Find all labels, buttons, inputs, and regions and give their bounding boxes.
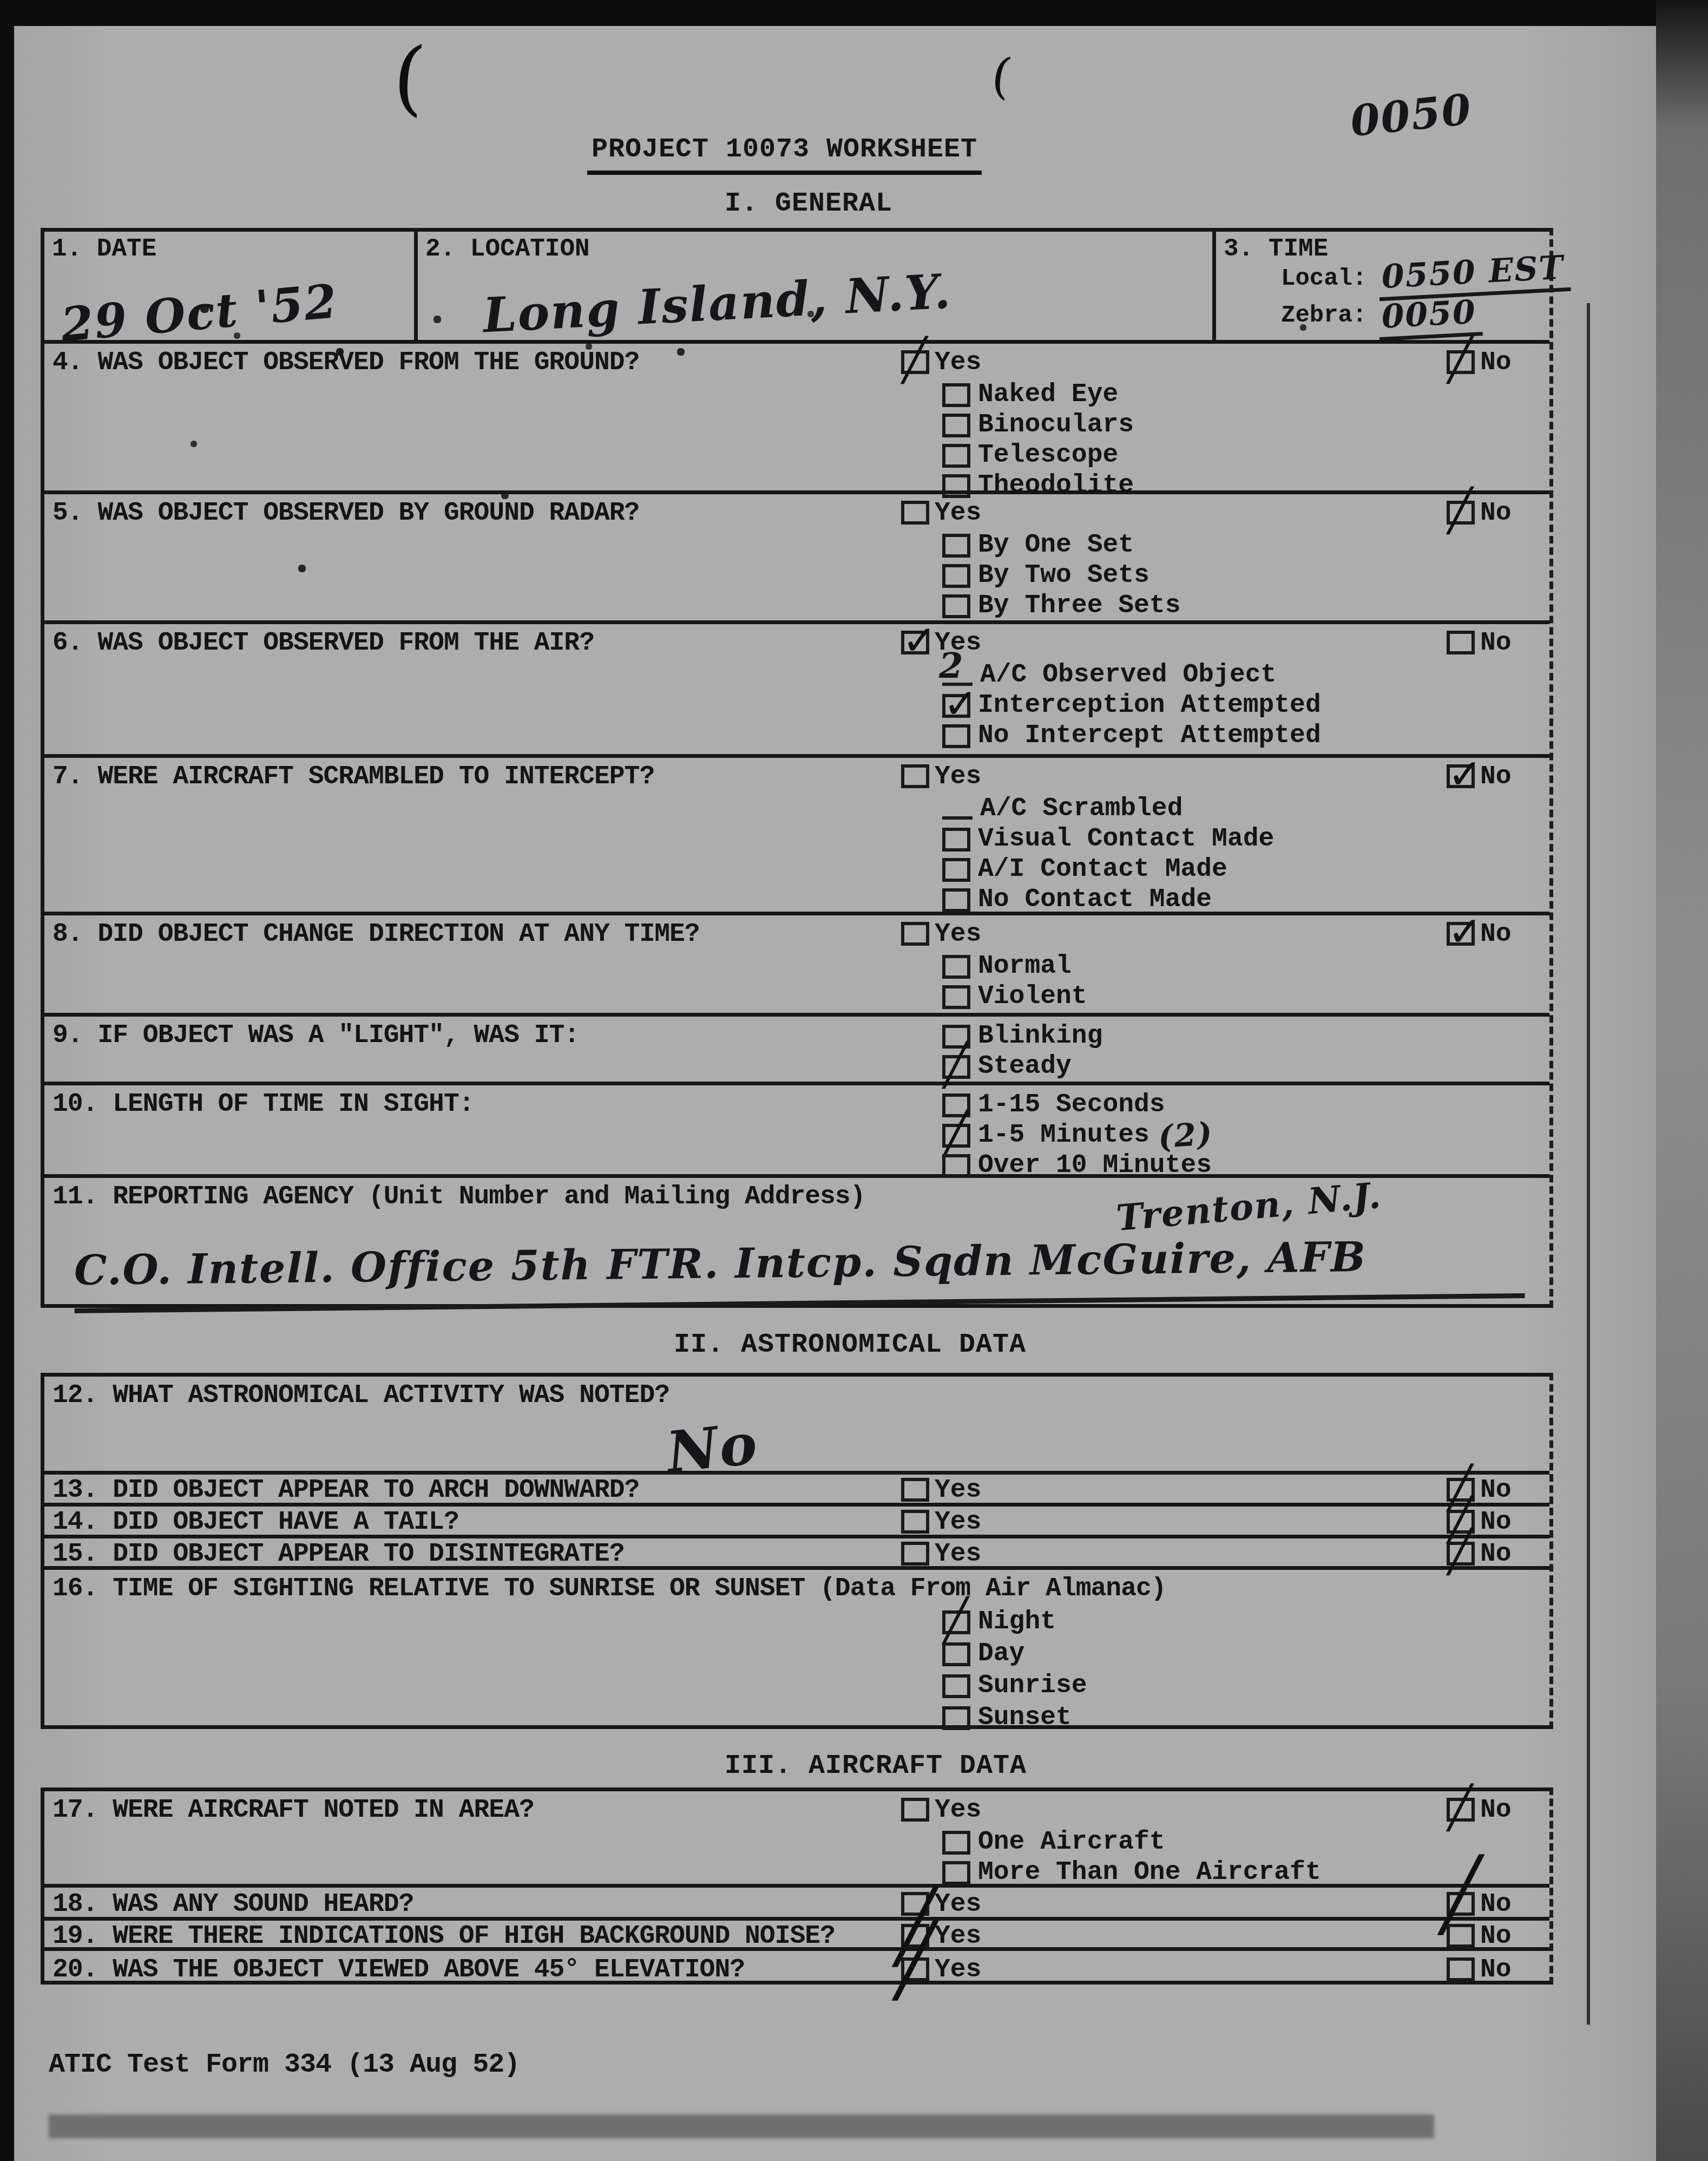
- option-checkbox[interactable]: [942, 444, 970, 468]
- check-mark: ╱: [943, 1113, 968, 1154]
- option-checkbox[interactable]: [942, 1674, 970, 1698]
- question-20-label: 20. WAS THE OBJECT VIEWED ABOVE 45° ELEV…: [52, 1955, 745, 1985]
- q19-no-group: No: [1447, 1923, 1512, 1950]
- option-telescope: Telescope: [942, 440, 1134, 470]
- q5-no-group: ╱ No: [1447, 500, 1512, 527]
- no-label: No: [1480, 349, 1512, 376]
- option-label: A/C Scrambled: [980, 794, 1183, 823]
- scan-shadow-band: [49, 2114, 1434, 2138]
- option-checkbox[interactable]: [942, 564, 970, 588]
- option-label: More Than One Aircraft: [978, 1858, 1321, 1887]
- question-11-row: 11. REPORTING AGENCY (Unit Number and Ma…: [44, 1178, 1549, 1309]
- option-label: Day: [978, 1639, 1024, 1668]
- page-fold-line: [1587, 303, 1590, 2025]
- option-label: A/I Contact Made: [978, 855, 1227, 884]
- question-7-label: 7. WERE AIRCRAFT SCRAMBLED TO INTERCEPT?: [52, 762, 654, 791]
- q5-options: By One Set By Two Sets By Three Sets: [942, 530, 1180, 621]
- section-general-table: 1. DATE 29 Oct '52 2. LOCATION Long Isla…: [41, 228, 1553, 1308]
- question-17-label: 17. WERE AIRCRAFT NOTED IN AREA?: [52, 1796, 534, 1825]
- option-label: Telescope: [978, 441, 1118, 470]
- question-17-row: 17. WERE AIRCRAFT NOTED IN AREA? Yes ╱ N…: [44, 1791, 1549, 1888]
- form-number-footnote: ATIC Test Form 334 (13 Aug 52): [49, 2049, 520, 2080]
- q9-options: Blinking ╱Steady: [942, 1021, 1102, 1082]
- handwritten-minutes-count: (2): [1157, 1115, 1214, 1156]
- q8-no-group: ✓ No: [1447, 921, 1512, 948]
- option-checkbox[interactable]: [942, 383, 970, 407]
- option-label: Naked Eye: [978, 380, 1118, 409]
- option-more-than-one-aircraft: More Than One Aircraft: [942, 1857, 1321, 1888]
- option-checkbox[interactable]: [942, 1831, 970, 1855]
- option-label: By Two Sets: [978, 561, 1149, 590]
- option-label: Sunrise: [978, 1671, 1087, 1700]
- question-18-row: 18. WAS ANY SOUND HEARD? Yes ╱ No: [44, 1888, 1549, 1921]
- option-label: A/C Observed Object: [980, 660, 1276, 690]
- q4-options: Naked Eye Binoculars Telescope Theodolit…: [942, 379, 1134, 501]
- q8-no-checkbox[interactable]: ✓: [1447, 922, 1475, 946]
- q16-options: ╱Night Day Sunrise Sunset: [942, 1606, 1087, 1733]
- yes-label: Yes: [935, 1923, 981, 1950]
- check-mark: ✓: [1448, 911, 1482, 952]
- question-5-row: 5. WAS OBJECT OBSERVED BY GROUND RADAR? …: [44, 494, 1549, 624]
- option-night: ╱Night: [942, 1606, 1087, 1638]
- option-steady: ╱Steady: [942, 1051, 1102, 1082]
- q14-yes-group: Yes: [901, 1509, 981, 1536]
- q17-no-checkbox[interactable]: ╱: [1447, 1798, 1475, 1822]
- option-checkbox[interactable]: [942, 888, 970, 912]
- q17-yes-checkbox[interactable]: [901, 1798, 929, 1822]
- q15-no-group: ╱ No: [1447, 1541, 1512, 1568]
- q20-yes-group: ╱ Yes: [901, 1956, 981, 1983]
- q17-no-group: ╱ No: [1447, 1797, 1512, 1824]
- question-5-label: 5. WAS OBJECT OBSERVED BY GROUND RADAR?: [52, 499, 639, 528]
- check-mark: ╱: [943, 1600, 968, 1641]
- question-11-label: 11. REPORTING AGENCY (Unit Number and Ma…: [52, 1182, 865, 1212]
- q14-yes-checkbox[interactable]: [901, 1510, 929, 1534]
- q7-yes-checkbox[interactable]: [901, 764, 929, 788]
- stray-pen-mark: (: [390, 29, 429, 126]
- option-checkbox[interactable]: [942, 534, 970, 558]
- yes-label: Yes: [935, 1509, 981, 1536]
- option-checkbox[interactable]: [942, 1154, 970, 1178]
- option-checkbox[interactable]: [942, 414, 970, 437]
- yes-label: Yes: [935, 1956, 981, 1983]
- no-label: No: [1480, 500, 1512, 527]
- question-9-row: 9. IF OBJECT WAS A "LIGHT", WAS IT: Blin…: [44, 1017, 1549, 1085]
- option-checkbox[interactable]: ╱: [942, 1610, 970, 1634]
- section-aircraft-table: 17. WERE AIRCRAFT NOTED IN AREA? Yes ╱ N…: [41, 1787, 1553, 1985]
- q6-yes-checkbox[interactable]: ✓: [901, 631, 929, 654]
- question-19-row: 19. WERE THERE INDICATIONS OF HIGH BACKG…: [44, 1921, 1549, 1951]
- question-16-label: 16. TIME OF SIGHTING RELATIVE TO SUNRISE…: [52, 1574, 1166, 1603]
- yes-label: Yes: [935, 763, 981, 790]
- no-label: No: [1480, 1477, 1512, 1504]
- option-label: Over 10 Minutes: [978, 1151, 1212, 1180]
- q7-no-checkbox[interactable]: ✓: [1447, 764, 1475, 788]
- question-6-label: 6. WAS OBJECT OBSERVED FROM THE AIR?: [52, 628, 594, 658]
- option-label: One Aircraft: [978, 1828, 1165, 1857]
- option-1-5-minutes: ╱1-5 Minutes(2): [942, 1120, 1213, 1150]
- option-interception-attempted: ✓Interception Attempted: [942, 690, 1321, 721]
- q5-yes-group: Yes: [901, 500, 981, 527]
- option-no-intercept-attempted: No Intercept Attempted: [942, 721, 1321, 751]
- q7-yes-group: Yes: [901, 763, 981, 790]
- no-label: No: [1480, 921, 1512, 948]
- section-heading-general: I. GENERAL: [725, 188, 892, 219]
- section-heading-astronomical: II. ASTRONOMICAL DATA: [674, 1330, 1026, 1360]
- no-label: No: [1480, 1541, 1512, 1568]
- no-label: No: [1480, 763, 1512, 790]
- question-4-label: 4. WAS OBJECT OBSERVED FROM THE GROUND?: [52, 348, 639, 377]
- question-6-row: 6. WAS OBJECT OBSERVED FROM THE AIR? ✓ Y…: [44, 624, 1549, 758]
- q7-no-group: ✓ No: [1447, 763, 1512, 790]
- q20-yes-checkbox[interactable]: ╱: [901, 1957, 929, 1981]
- option-label: Normal: [978, 952, 1072, 981]
- question-19-label: 19. WERE THERE INDICATIONS OF HIGH BACKG…: [52, 1922, 835, 1951]
- question-10-label: 10. LENGTH OF TIME IN SIGHT:: [52, 1090, 474, 1119]
- q4-yes-group: ╱ Yes: [901, 349, 981, 376]
- q6-no-checkbox[interactable]: [1447, 631, 1475, 654]
- option-ai-contact-made: A/I Contact Made: [942, 854, 1274, 885]
- option-checkbox[interactable]: [942, 594, 970, 618]
- option-checkbox[interactable]: [942, 724, 970, 748]
- paper-page: ( ( PROJECT 10073 WORKSHEET 0050 I. GENE…: [14, 26, 1656, 2161]
- film-edge-strip: [1656, 0, 1708, 2161]
- no-label: No: [1480, 1509, 1512, 1536]
- option-naked-eye: Naked Eye: [942, 379, 1134, 410]
- handwritten-doc-number: 0050: [1348, 84, 1474, 146]
- q17-options: One Aircraft More Than One Aircraft: [942, 1827, 1321, 1888]
- option-no-contact-made: No Contact Made: [942, 885, 1274, 915]
- option-checkbox[interactable]: [942, 985, 970, 1009]
- check-mark: ╱: [943, 1044, 968, 1085]
- question-9-label: 9. IF OBJECT WAS A "LIGHT", WAS IT:: [52, 1021, 579, 1050]
- option-label: No Intercept Attempted: [978, 721, 1321, 750]
- question-16-row: 16. TIME OF SIGHTING RELATIVE TO SUNRISE…: [44, 1570, 1549, 1733]
- option-label: Steady: [978, 1052, 1072, 1081]
- option-sunrise: Sunrise: [942, 1669, 1087, 1701]
- info-row: 1. DATE 29 Oct '52 2. LOCATION Long Isla…: [44, 232, 1549, 344]
- option-label: Visual Contact Made: [978, 824, 1274, 854]
- check-mark: ╱: [1448, 1787, 1473, 1828]
- yes-label: Yes: [935, 349, 981, 376]
- question-15-row: 15. DID OBJECT APPEAR TO DISINTEGRATE? Y…: [44, 1538, 1549, 1570]
- q5-no-checkbox[interactable]: ╱: [1447, 501, 1475, 525]
- question-12-row: 12. WHAT ASTRONOMICAL ACTIVITY WAS NOTED…: [44, 1377, 1549, 1475]
- check-mark: ╱: [1448, 339, 1473, 381]
- yes-label: Yes: [935, 500, 981, 527]
- q15-yes-checkbox[interactable]: [901, 1542, 929, 1566]
- question-20-row: 20. WAS THE OBJECT VIEWED ABOVE 45° ELEV…: [44, 1951, 1549, 1988]
- question-10-row: 10. LENGTH OF TIME IN SIGHT: 1-15 Second…: [44, 1085, 1549, 1178]
- yes-label: Yes: [935, 1477, 981, 1504]
- option-checkbox[interactable]: [942, 955, 970, 979]
- date-label: 1. DATE: [52, 235, 156, 263]
- q13-yes-checkbox[interactable]: [901, 1478, 929, 1502]
- option-label: Sunset: [978, 1703, 1072, 1732]
- option-by-three-sets: By Three Sets: [942, 591, 1180, 621]
- option-label: Night: [978, 1607, 1056, 1636]
- option-label: 1-15 Seconds: [978, 1090, 1165, 1119]
- option-ac-observed-object: 2 A/C Observed Object: [942, 660, 1321, 690]
- q8-yes-checkbox[interactable]: [901, 922, 929, 946]
- yes-label: Yes: [935, 1797, 981, 1824]
- option-checkbox[interactable]: ╱: [942, 1055, 970, 1079]
- q13-yes-group: Yes: [901, 1477, 981, 1504]
- yes-label: Yes: [935, 1891, 981, 1918]
- option-label: Binoculars: [978, 410, 1134, 440]
- option-violent: Violent: [942, 981, 1087, 1012]
- q18-no-checkbox[interactable]: ╱: [1447, 1892, 1475, 1916]
- option-label: Interception Attempted: [978, 691, 1321, 720]
- yes-label: Yes: [935, 921, 981, 948]
- handwritten-city[interactable]: Trenton, N.J.: [1115, 1174, 1384, 1240]
- option-checkbox[interactable]: [942, 858, 970, 882]
- check-mark: ✓: [943, 683, 978, 724]
- q15-no-checkbox[interactable]: ╱: [1447, 1542, 1475, 1566]
- question-13-label: 13. DID OBJECT APPEAR TO ARCH DOWNWARD?: [52, 1476, 639, 1505]
- ink-speckles: [14, 26, 16, 28]
- q15-yes-group: Yes: [901, 1541, 981, 1568]
- option-checkbox[interactable]: [942, 828, 970, 852]
- option-binoculars: Binoculars: [942, 410, 1134, 440]
- stray-pen-mark: (: [988, 47, 1015, 106]
- option-checkbox[interactable]: ╱: [942, 1124, 970, 1148]
- question-13-row: 13. DID OBJECT APPEAR TO ARCH DOWNWARD? …: [44, 1475, 1549, 1507]
- option-checkbox[interactable]: ✓: [942, 694, 970, 718]
- option-visual-contact-made: Visual Contact Made: [942, 824, 1274, 854]
- q4-no-group: ╱ No: [1447, 349, 1512, 376]
- question-8-row: 8. DID OBJECT CHANGE DIRECTION AT ANY TI…: [44, 915, 1549, 1017]
- section-heading-aircraft: III. AIRCRAFT DATA: [725, 1751, 1027, 1782]
- scanned-worksheet-page: { "colors": {"paper": "#adadad", "ink": …: [0, 0, 1708, 2161]
- no-label: No: [1480, 630, 1512, 657]
- handwritten-reporting-agency[interactable]: C.O. Intell. Office 5th FTR. Intcp. Sqdn…: [74, 1231, 1525, 1313]
- option-label: Blinking: [978, 1021, 1102, 1051]
- time-zebra-label: Zebra:: [1281, 302, 1367, 329]
- check-mark: ╱: [1448, 490, 1473, 531]
- option-label: Violent: [978, 982, 1087, 1011]
- question-18-label: 18. WAS ANY SOUND HEARD?: [52, 1890, 413, 1919]
- question-15-label: 15. DID OBJECT APPEAR TO DISINTEGRATE?: [52, 1540, 625, 1569]
- option-by-one-set: By One Set: [942, 530, 1180, 560]
- option-1-15-seconds: 1-15 Seconds: [942, 1090, 1213, 1120]
- option-checkbox[interactable]: [942, 1642, 970, 1666]
- q7-options: A/C Scrambled Visual Contact Made A/I Co…: [942, 794, 1274, 915]
- question-7-row: 7. WERE AIRCRAFT SCRAMBLED TO INTERCEPT?…: [44, 758, 1549, 915]
- q20-no-checkbox[interactable]: [1447, 1957, 1475, 1981]
- q8-yes-group: Yes: [901, 921, 981, 948]
- q17-yes-group: Yes: [901, 1797, 981, 1824]
- location-label: 2. LOCATION: [425, 235, 590, 263]
- q5-yes-checkbox[interactable]: [901, 501, 929, 525]
- no-label: No: [1480, 1891, 1512, 1918]
- no-label: No: [1480, 1956, 1512, 1983]
- option-normal: Normal: [942, 951, 1087, 981]
- check-mark: ╱: [902, 339, 927, 381]
- q4-no-checkbox[interactable]: ╱: [1447, 350, 1475, 374]
- yes-label: Yes: [935, 1541, 981, 1568]
- q20-no-group: No: [1447, 1956, 1512, 1983]
- option-day: Day: [942, 1638, 1087, 1669]
- date-cell: 1. DATE 29 Oct '52: [44, 232, 418, 340]
- check-mark: ╱: [1448, 1531, 1473, 1572]
- option-over-10-minutes: Over 10 Minutes: [942, 1150, 1213, 1181]
- time-zebra-value[interactable]: 0050: [1377, 293, 1483, 341]
- option-checkbox[interactable]: [942, 1861, 970, 1885]
- check-mark: ╱: [1440, 1861, 1482, 1930]
- time-label: 3. TIME: [1224, 235, 1328, 263]
- option-by-two-sets: By Two Sets: [942, 560, 1180, 591]
- option-sunset: Sunset: [942, 1701, 1087, 1733]
- option-label: By One Set: [978, 531, 1134, 560]
- check-mark: ✓: [1448, 754, 1482, 795]
- option-label: 1-5 Minutes: [978, 1121, 1149, 1150]
- q19-no-checkbox[interactable]: [1447, 1924, 1475, 1948]
- q6-no-group: No: [1447, 630, 1512, 657]
- question-14-row: 14. DID OBJECT HAVE A TAIL? Yes ╱ No: [44, 1507, 1549, 1538]
- question-8-label: 8. DID OBJECT CHANGE DIRECTION AT ANY TI…: [52, 920, 700, 949]
- blank-count-line[interactable]: [942, 798, 973, 820]
- time-cell: 3. TIME Local: 0550 EST Zebra: 0050: [1216, 232, 1549, 340]
- location-cell: 2. LOCATION Long Island, N.Y.: [418, 232, 1216, 340]
- q6-options: 2 A/C Observed Object ✓Interception Atte…: [942, 660, 1321, 751]
- q4-yes-checkbox[interactable]: ╱: [901, 350, 929, 374]
- question-4-row: 4. WAS OBJECT OBSERVED FROM THE GROUND? …: [44, 344, 1549, 494]
- date-value[interactable]: 29 Oct '52: [59, 274, 340, 352]
- section-astronomical-table: 12. WHAT ASTRONOMICAL ACTIVITY WAS NOTED…: [41, 1373, 1553, 1729]
- no-label: No: [1480, 1923, 1512, 1950]
- check-mark: ╱: [895, 1926, 936, 1995]
- option-label: No Contact Made: [978, 885, 1212, 914]
- q8-options: Normal Violent: [942, 951, 1087, 1012]
- option-one-aircraft: One Aircraft: [942, 1827, 1321, 1857]
- option-label: By Three Sets: [978, 591, 1180, 620]
- check-mark: ✓: [902, 620, 937, 661]
- question-12-label: 12. WHAT ASTRONOMICAL ACTIVITY WAS NOTED…: [52, 1381, 669, 1410]
- question-14-label: 14. DID OBJECT HAVE A TAIL?: [52, 1508, 459, 1537]
- page-title: PROJECT 10073 WORKSHEET: [587, 134, 982, 175]
- option-checkbox[interactable]: [942, 1706, 970, 1730]
- location-value[interactable]: Long Island, N.Y.: [482, 263, 952, 343]
- no-label: No: [1480, 1797, 1512, 1824]
- q10-options: 1-15 Seconds ╱1-5 Minutes(2) Over 10 Min…: [942, 1090, 1213, 1181]
- time-local-label: Local:: [1281, 265, 1367, 292]
- q18-no-group: ╱ No: [1447, 1891, 1512, 1918]
- option-ac-scrambled: A/C Scrambled: [942, 794, 1274, 824]
